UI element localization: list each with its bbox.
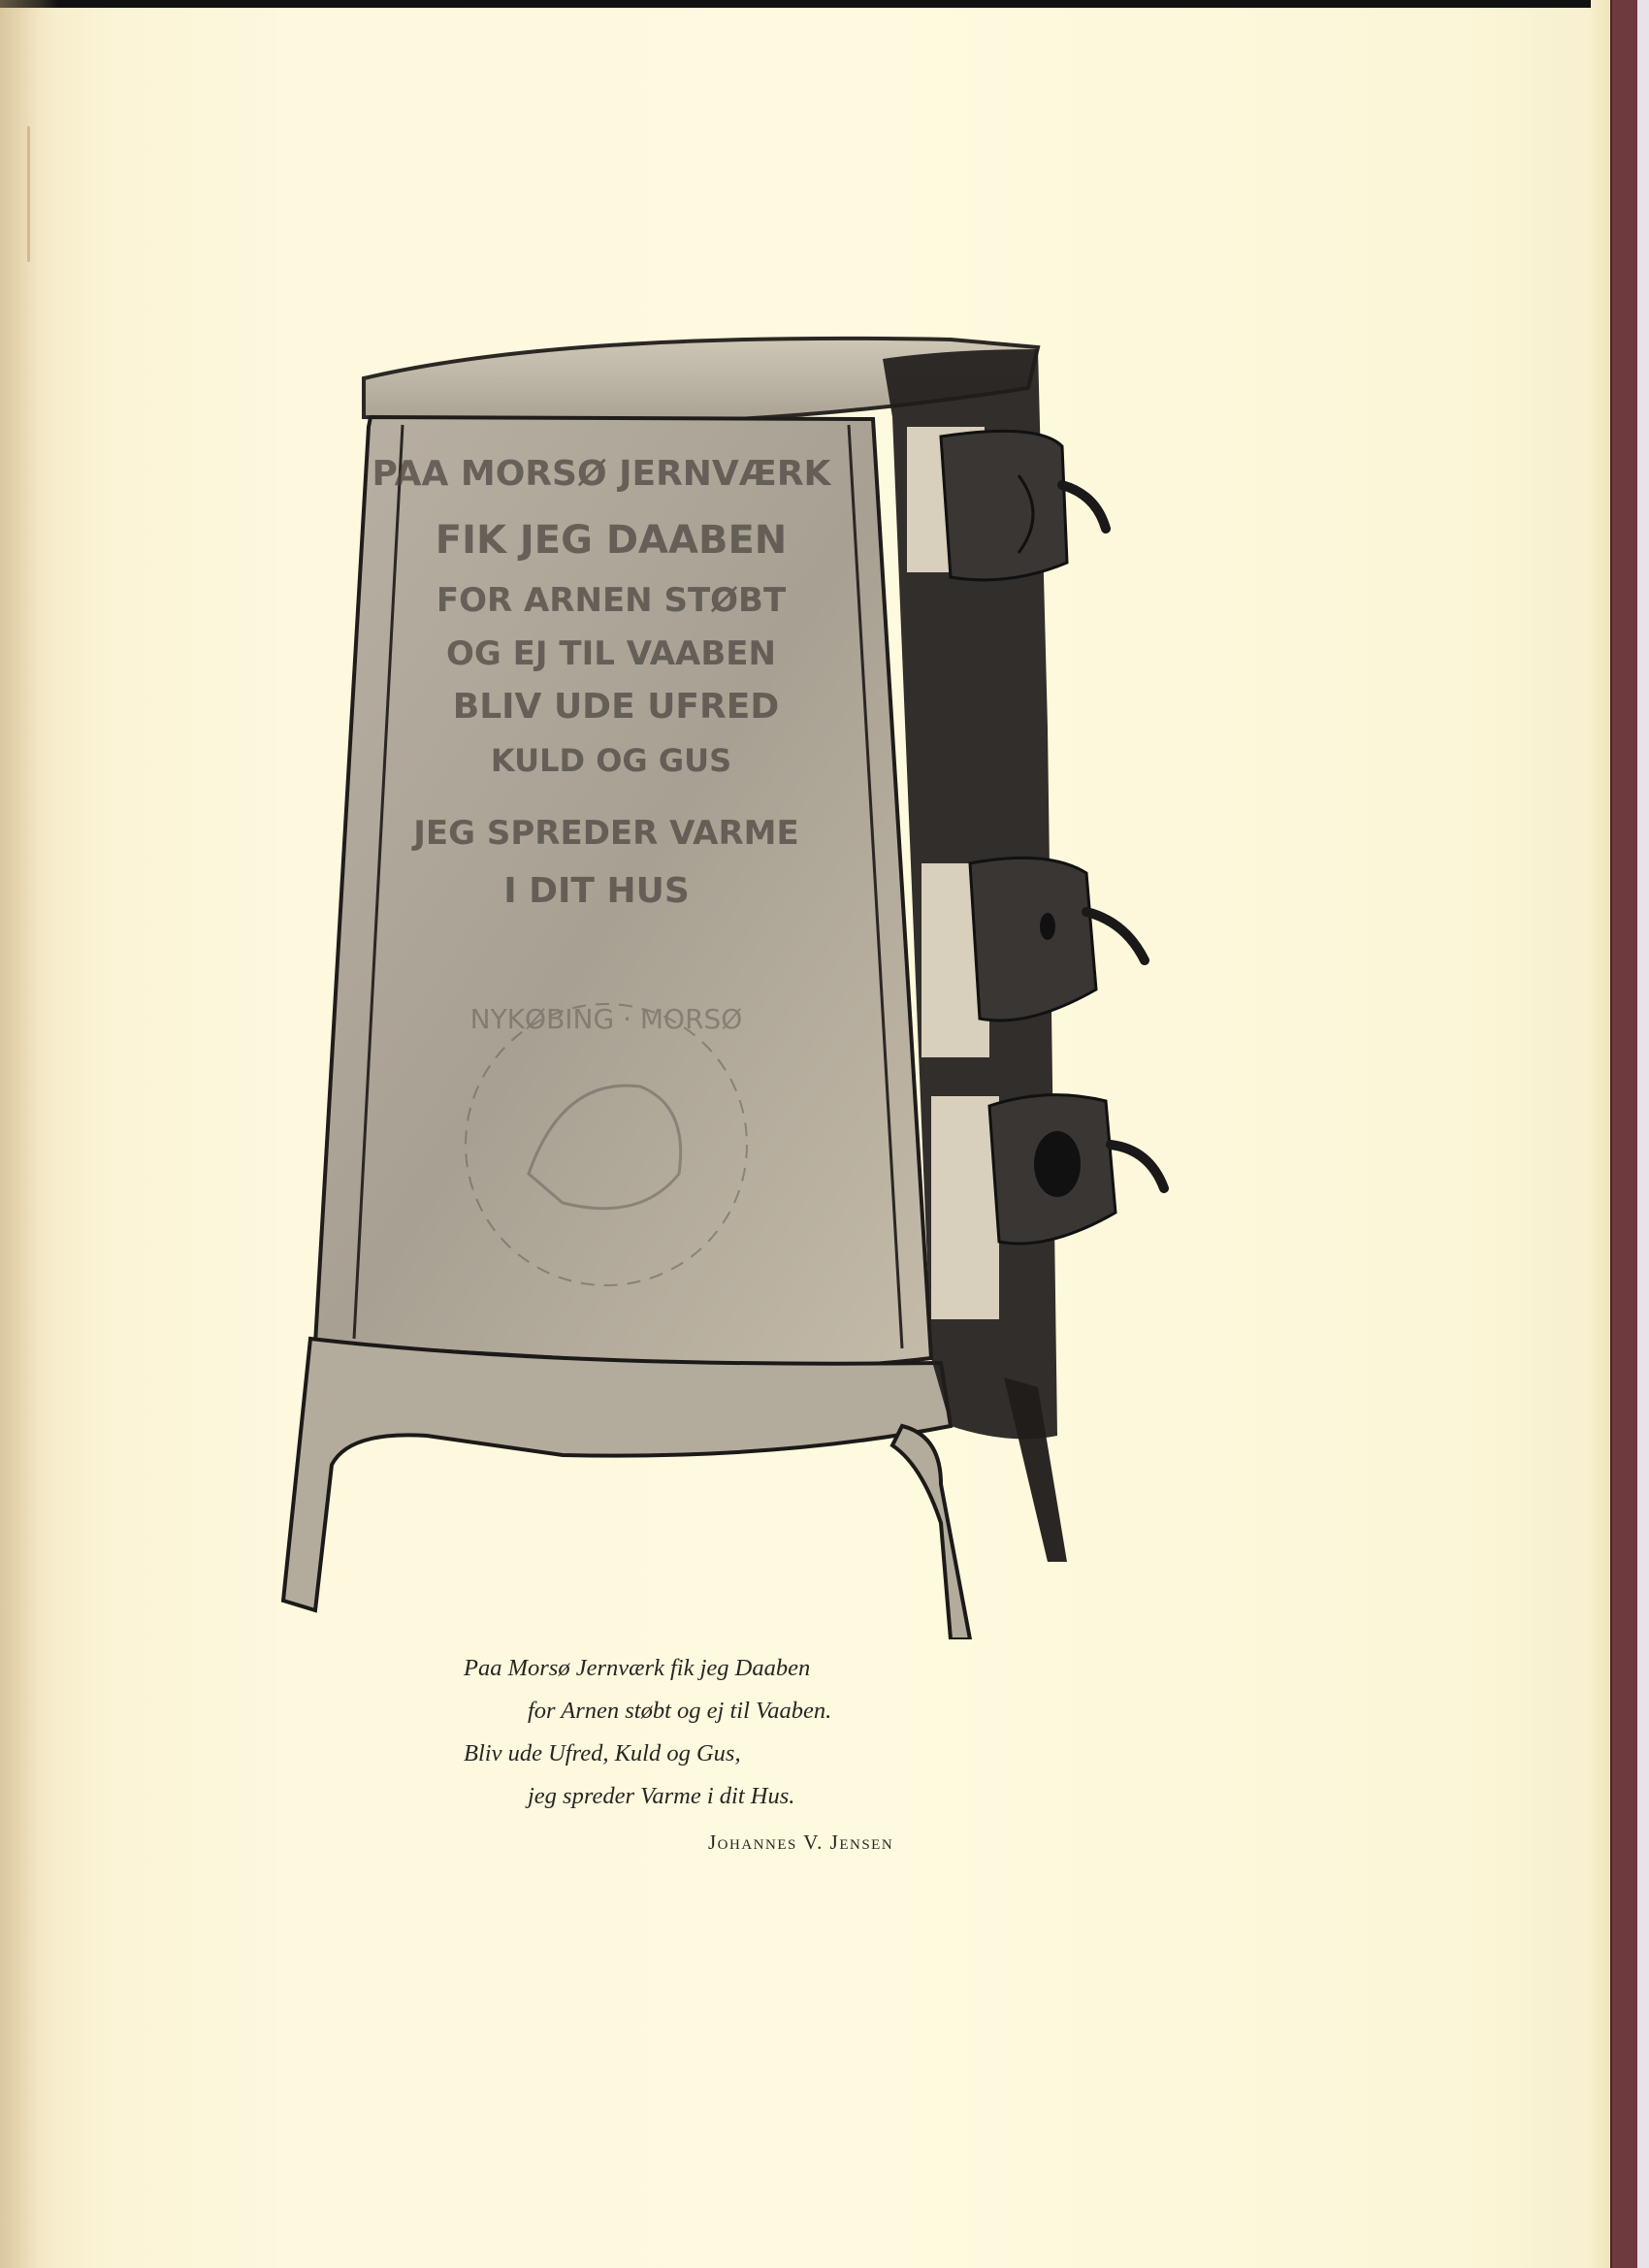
- scan-top-edge: [0, 0, 1610, 8]
- stove-illustration: PAA MORSØ JERNVÆRK FIK JEG DAABEN FOR AR…: [272, 320, 1222, 1639]
- side-door-top: [907, 427, 1106, 580]
- poem-line-1: Paa Morsø Jernværk fik jeg Daaben: [464, 1647, 968, 1690]
- stove-leg-front-right: [892, 1426, 970, 1639]
- svg-text:PAA MORSØ JERNVÆRK: PAA MORSØ JERNVÆRK: [372, 454, 832, 494]
- svg-text:KULD OG GUS: KULD OG GUS: [491, 742, 731, 779]
- scanner-background: [1637, 0, 1649, 2268]
- svg-text:FOR ARNEN STØBT: FOR ARNEN STØBT: [436, 581, 787, 620]
- poem-line-2: for Arnen støbt og ej til Vaaben.: [464, 1690, 968, 1733]
- stove-base: [283, 1339, 951, 1610]
- poem-line-3: Bliv ude Ufred, Kuld og Gus,: [464, 1733, 968, 1775]
- svg-text:OG EJ TIL VAABEN: OG EJ TIL VAABEN: [446, 634, 776, 673]
- gutter-shadow: [0, 0, 58, 2268]
- svg-text:I DIT HUS: I DIT HUS: [503, 871, 690, 911]
- book-page: PAA MORSØ JERNVÆRK FIK JEG DAABEN FOR AR…: [0, 0, 1649, 2268]
- poem-line-4: jeg spreder Varme i dit Hus.: [464, 1775, 968, 1818]
- svg-text:FIK JEG DAABEN: FIK JEG DAABEN: [436, 518, 788, 563]
- stove-drawing: PAA MORSØ JERNVÆRK FIK JEG DAABEN FOR AR…: [272, 320, 1222, 1639]
- book-cover-binding: [1610, 0, 1637, 2268]
- svg-text:JEG SPREDER VARME: JEG SPREDER VARME: [411, 814, 798, 853]
- svg-text:NYKØBING · MORSØ: NYKØBING · MORSØ: [470, 1003, 743, 1035]
- gutter-crease: [27, 126, 30, 262]
- poem-author: Johannes V. Jensen: [708, 1831, 893, 1855]
- svg-text:BLIV UDE UFRED: BLIV UDE UFRED: [453, 687, 779, 727]
- poem: Paa Morsø Jernværk fik jeg Daaben for Ar…: [464, 1647, 968, 1818]
- page-fore-edge: [1591, 0, 1610, 2268]
